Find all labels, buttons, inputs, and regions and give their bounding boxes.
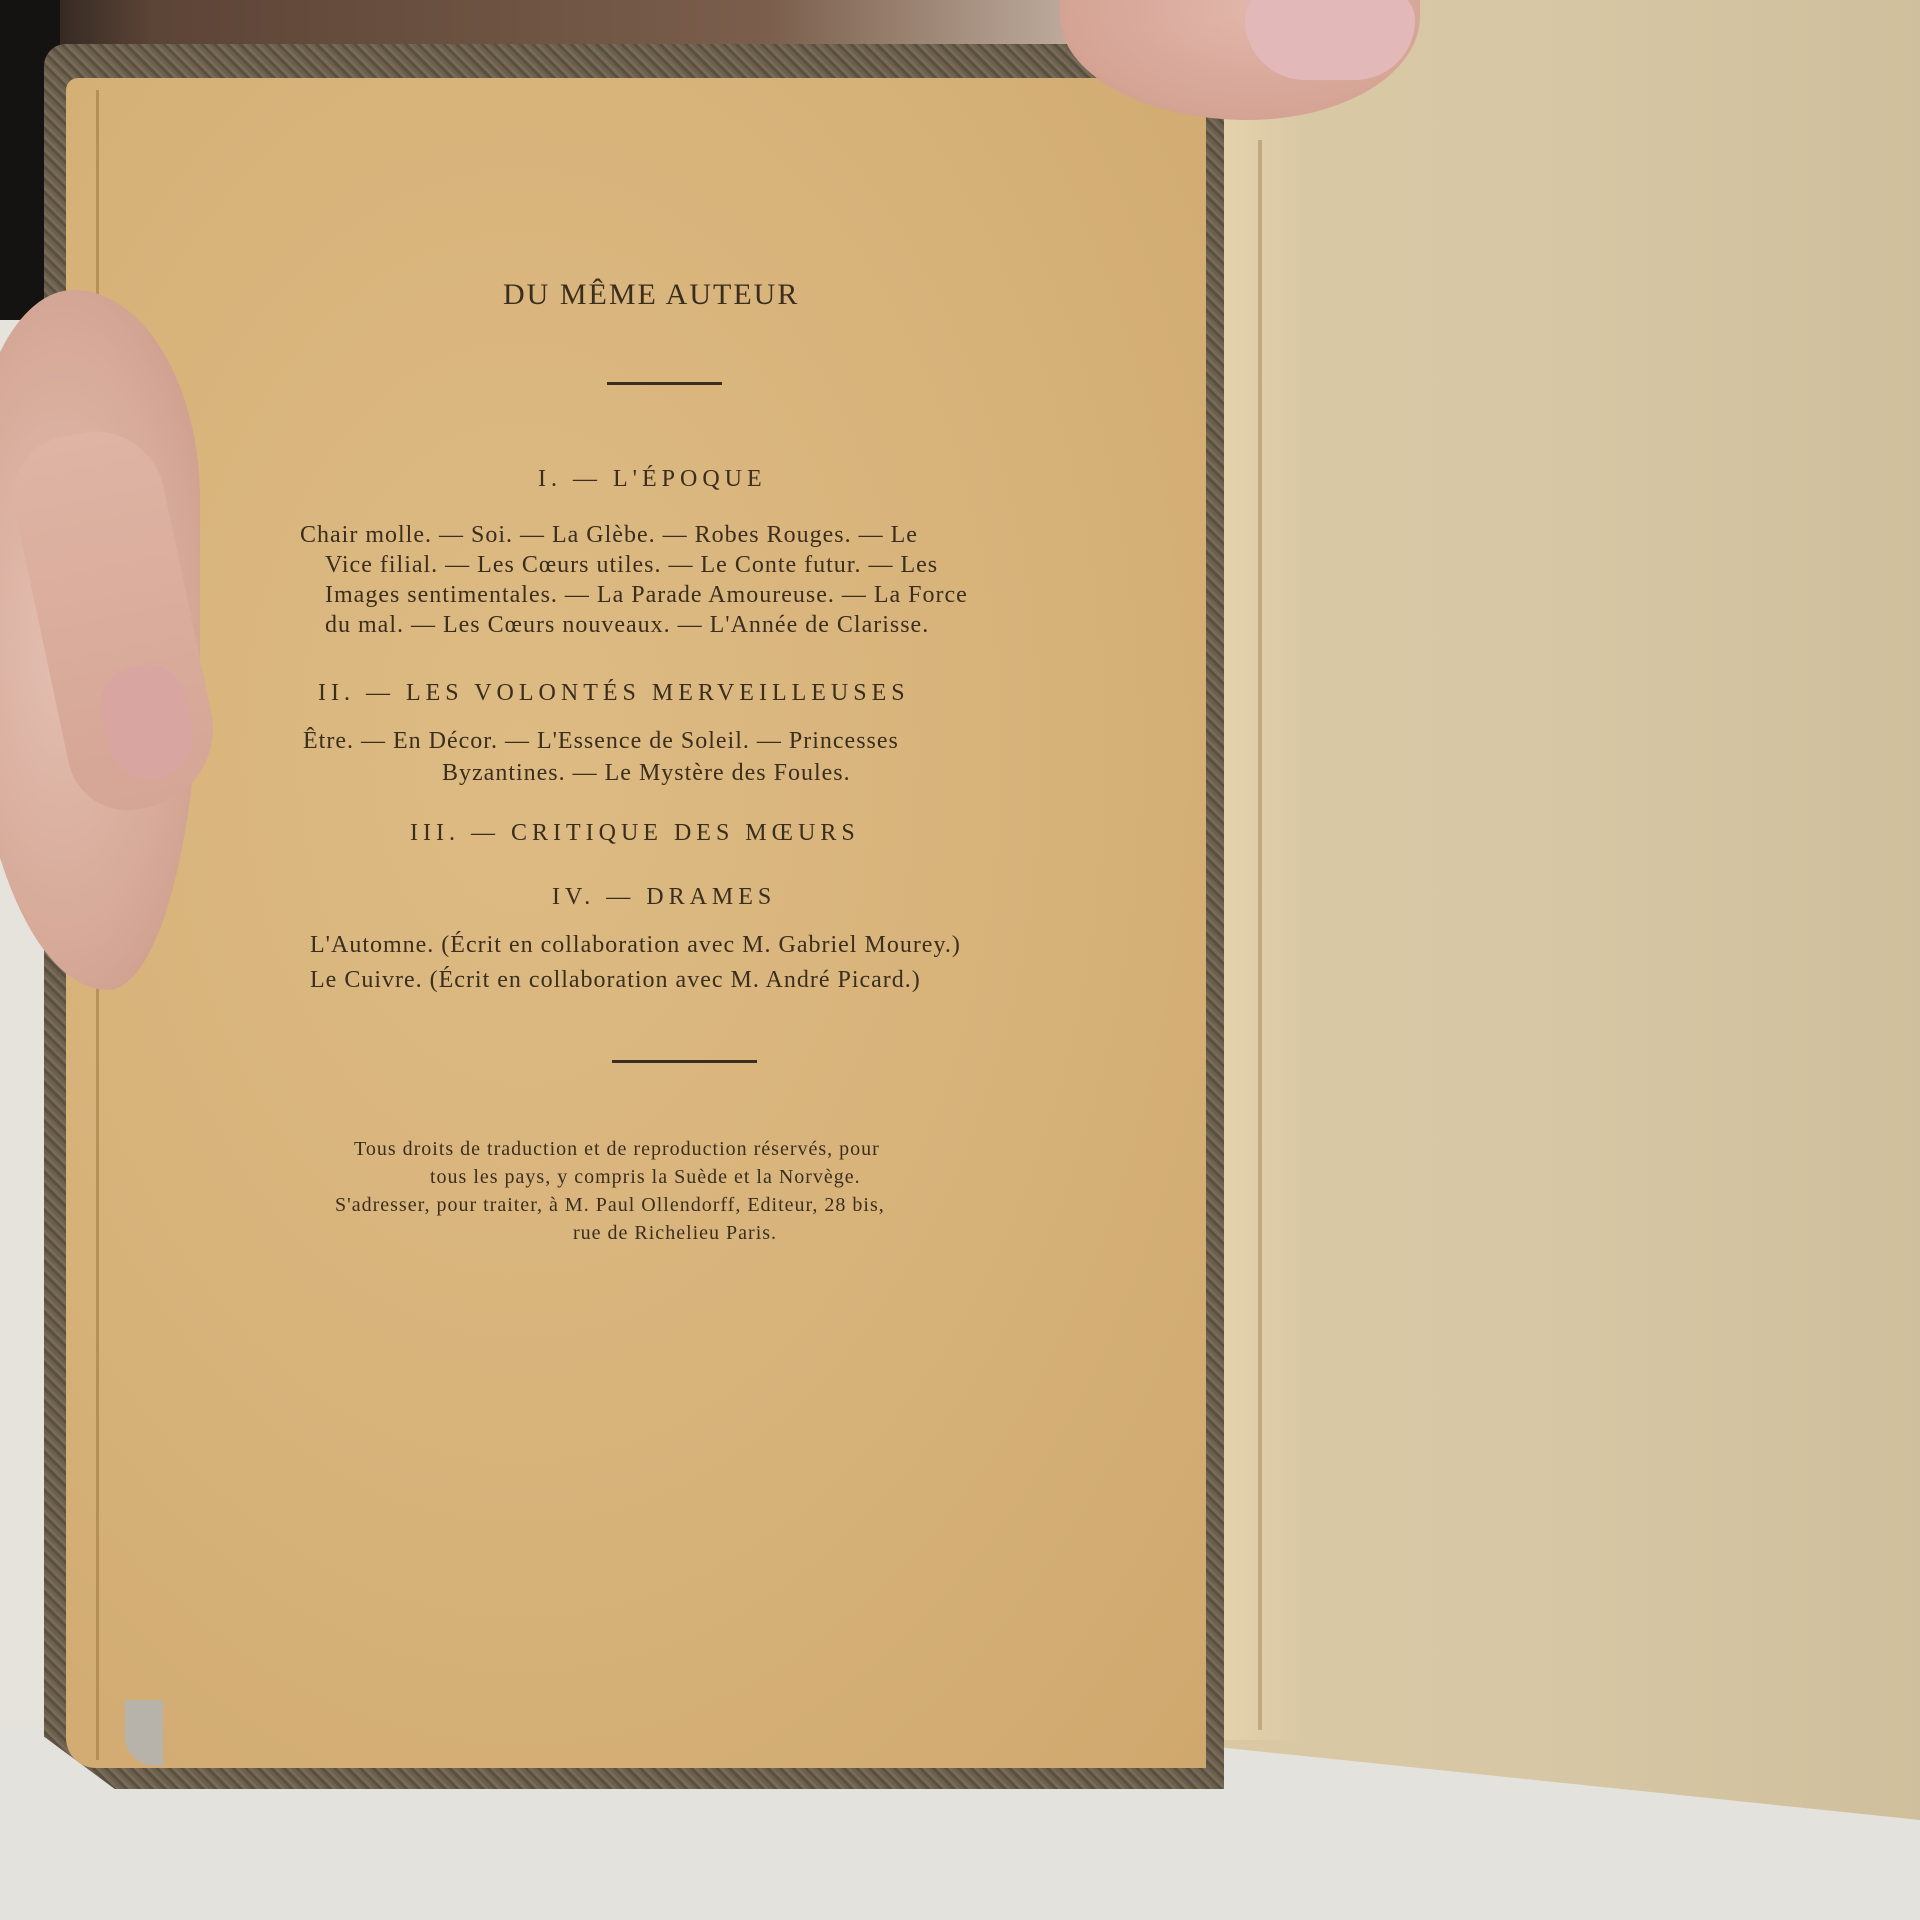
section-2-line-2: Byzantines. — Le Mystère des Foules. xyxy=(442,760,851,787)
divider-rule xyxy=(612,1060,757,1063)
section-1-line-2: Vice filial. — Les Cœurs utiles. — Le Co… xyxy=(325,552,938,579)
section-2-line-1: Être. — En Décor. — L'Essence de Soleil.… xyxy=(303,728,899,755)
thumbnail xyxy=(1245,0,1415,80)
rights-notice-line-1: Tous droits de traduction et de reproduc… xyxy=(354,1138,880,1161)
page-heading: DU MÊME AUTEUR xyxy=(503,278,799,312)
section-title-2: II. — LES VOLONTÉS MERVEILLEUSES xyxy=(318,680,910,707)
rights-notice-line-4: rue de Richelieu Paris. xyxy=(573,1222,777,1245)
gutter-crease xyxy=(1258,140,1262,1730)
section-1-line-4: du mal. — Les Cœurs nouveaux. — L'Année … xyxy=(325,612,929,639)
rights-notice-line-2: tous les pays, y compris la Suède et la … xyxy=(430,1166,861,1189)
section-4-line-1: L'Automne. (Écrit en collaboration avec … xyxy=(310,932,961,959)
section-1-line-3: Images sentimentales. — La Parade Amoure… xyxy=(325,582,968,609)
rights-notice-line-3: S'adresser, pour traiter, à M. Paul Olle… xyxy=(335,1194,885,1217)
section-title-4: IV. — DRAMES xyxy=(552,884,776,911)
section-4-line-2: Le Cuivre. (Écrit en collaboration avec … xyxy=(310,967,921,994)
section-title-3: III. — CRITIQUE DES MŒURS xyxy=(410,820,860,847)
photo-scene: DU MÊME AUTEUR I. — L'ÉPOQUE Chair molle… xyxy=(0,0,1920,1920)
section-1-line-1: Chair molle. — Soi. — La Glèbe. — Robes … xyxy=(300,522,918,549)
section-title-1: I. — L'ÉPOQUE xyxy=(538,466,767,493)
divider-rule xyxy=(607,382,722,385)
left-page xyxy=(66,78,1206,1768)
